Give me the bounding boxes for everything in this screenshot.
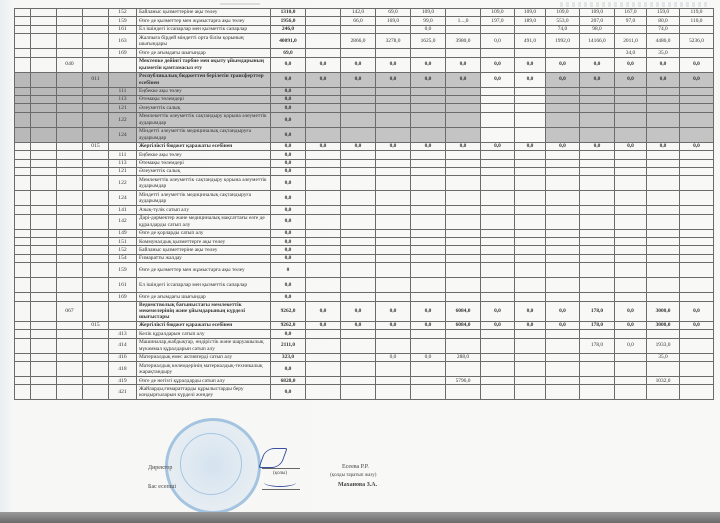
value-cell xyxy=(680,49,714,57)
value-cell xyxy=(515,385,546,400)
code-cell xyxy=(31,95,57,103)
value-cell: 0,0 xyxy=(376,57,411,72)
code-cell xyxy=(15,229,31,237)
value-cell xyxy=(580,254,615,262)
code-cell xyxy=(83,238,109,246)
code-cell xyxy=(31,142,57,150)
value-cell xyxy=(515,353,546,361)
total-cell: 9262,0 xyxy=(271,301,306,321)
code-cell xyxy=(57,9,83,17)
value-cell: 197,0 xyxy=(481,17,515,25)
value-cell: 491,0 xyxy=(515,34,546,49)
code-cell xyxy=(15,167,31,175)
code-cell xyxy=(15,362,31,377)
value-cell xyxy=(376,293,411,301)
value-cell xyxy=(341,330,376,338)
value-cell xyxy=(341,353,376,361)
code-cell: 421 xyxy=(109,385,137,400)
code-cell xyxy=(31,112,57,127)
code-cell xyxy=(57,151,83,159)
value-cell xyxy=(446,254,481,262)
value-cell xyxy=(615,377,647,385)
value-cell: 80,0 xyxy=(647,17,680,25)
code-cell xyxy=(31,377,57,385)
value-cell xyxy=(446,246,481,254)
value-cell xyxy=(411,238,446,246)
value-cell xyxy=(647,104,680,112)
value-cell xyxy=(580,330,615,338)
value-cell xyxy=(376,238,411,246)
value-cell: 0,0 xyxy=(481,142,515,150)
value-cell xyxy=(515,176,546,191)
code-cell xyxy=(57,142,83,150)
value-cell xyxy=(615,167,647,175)
code-cell xyxy=(83,246,109,254)
value-cell: 1992,0 xyxy=(546,34,580,49)
total-cell: 323,0 xyxy=(271,353,306,361)
value-cell xyxy=(306,87,341,95)
value-cell xyxy=(376,206,411,214)
value-cell: 3980,0 xyxy=(446,34,481,49)
value-cell xyxy=(446,263,481,278)
table-row: 151Коммуналдық қызметтерге ақы төлеу0,0 xyxy=(15,238,714,246)
table-row: 414Машиналар,жабдықтар, өндірістік және … xyxy=(15,338,714,353)
value-cell xyxy=(515,246,546,254)
value-cell xyxy=(341,293,376,301)
value-cell xyxy=(376,362,411,377)
value-cell xyxy=(411,127,446,142)
value-cell xyxy=(680,246,714,254)
value-cell xyxy=(580,176,615,191)
total-cell: 0,0 xyxy=(271,293,306,301)
value-cell xyxy=(306,246,341,254)
table-row: 121Әлеуметтік салық0,0 xyxy=(15,167,714,175)
value-cell xyxy=(515,206,546,214)
code-cell xyxy=(83,353,109,361)
value-cell xyxy=(341,49,376,57)
item-name: Жалпыға бірдей міндетті орта білім қорын… xyxy=(137,34,271,49)
value-cell: 178,0 xyxy=(580,321,615,329)
value-cell: 0,0 xyxy=(546,321,580,329)
code-cell xyxy=(57,263,83,278)
code-cell xyxy=(31,263,57,278)
value-cell xyxy=(515,127,546,142)
value-cell xyxy=(546,229,580,237)
value-cell xyxy=(376,25,411,33)
code-cell xyxy=(31,278,57,293)
item-name: Республикалық бюджеттен берілетін трансф… xyxy=(137,72,271,87)
item-name: Міндетті әлеуметтік медициналық сақтанды… xyxy=(137,191,271,206)
value-cell: 207,0 xyxy=(580,17,615,25)
code-cell xyxy=(31,321,57,329)
item-name: Жергілікті бюджет қаражаты есебінен xyxy=(137,321,271,329)
total-cell: 0,0 xyxy=(271,238,306,246)
value-cell xyxy=(446,25,481,33)
value-cell xyxy=(515,25,546,33)
value-cell xyxy=(306,254,341,262)
value-cell xyxy=(341,206,376,214)
code-cell xyxy=(15,25,31,33)
item-name: Жайларды,ғимараттарды құрылыстарды беру … xyxy=(137,385,271,400)
value-cell xyxy=(306,25,341,33)
value-cell xyxy=(647,246,680,254)
code-cell: 418 xyxy=(109,362,137,377)
total-cell: 0,0 xyxy=(271,112,306,127)
item-name: Өзге де негізгі құралдарды сатып алу xyxy=(137,377,271,385)
value-cell xyxy=(647,159,680,167)
total-cell: 0 xyxy=(271,263,306,278)
item-name: Өзге де ағымдағы шығындар xyxy=(137,293,271,301)
table-row: 419Өзге де негізгі құралдарды сатып алу6… xyxy=(15,377,714,385)
code-cell: 161 xyxy=(109,25,137,33)
value-cell xyxy=(615,112,647,127)
item-name: Жергілікті бюджет қаражаты есебінен xyxy=(137,142,271,150)
value-cell: 5796,0 xyxy=(446,377,481,385)
code-cell xyxy=(57,206,83,214)
value-cell: 0,0 xyxy=(580,57,615,72)
value-cell xyxy=(615,330,647,338)
code-cell xyxy=(31,87,57,95)
value-cell xyxy=(515,167,546,175)
value-cell xyxy=(481,293,515,301)
item-name: Дәрі-дәрмектер және медициналық мақсатта… xyxy=(137,214,271,229)
value-cell xyxy=(647,176,680,191)
value-cell: 0,0 xyxy=(376,301,411,321)
code-cell xyxy=(15,34,31,49)
value-cell xyxy=(546,238,580,246)
value-cell xyxy=(481,214,515,229)
value-cell xyxy=(376,151,411,159)
value-cell xyxy=(680,238,714,246)
value-cell xyxy=(481,246,515,254)
value-cell: 0,0 xyxy=(446,72,481,87)
value-cell xyxy=(580,151,615,159)
value-cell xyxy=(306,104,341,112)
code-cell: 142 xyxy=(109,214,137,229)
value-cell xyxy=(411,229,446,237)
value-cell xyxy=(306,176,341,191)
code-cell xyxy=(57,104,83,112)
value-cell xyxy=(615,263,647,278)
value-cell xyxy=(411,167,446,175)
value-cell xyxy=(680,112,714,127)
value-cell xyxy=(481,87,515,95)
value-cell xyxy=(411,362,446,377)
value-cell xyxy=(546,338,580,353)
value-cell: 6084,0 xyxy=(446,301,481,321)
value-cell: 0,0 xyxy=(680,57,714,72)
value-cell xyxy=(647,254,680,262)
value-cell xyxy=(306,293,341,301)
value-cell xyxy=(306,9,341,17)
value-cell xyxy=(647,362,680,377)
code-cell xyxy=(31,25,57,33)
code-cell xyxy=(83,263,109,278)
code-cell xyxy=(83,176,109,191)
value-cell: 142,0 xyxy=(341,9,376,17)
item-name: Ведомстволық бағыныстағы мемлекеттік мек… xyxy=(137,301,271,321)
value-cell xyxy=(341,377,376,385)
value-cell xyxy=(446,338,481,353)
value-cell xyxy=(680,25,714,33)
value-cell xyxy=(481,151,515,159)
value-cell xyxy=(341,159,376,167)
value-cell: 0,0 xyxy=(546,301,580,321)
code-cell xyxy=(15,301,31,321)
value-cell: 159,0 xyxy=(647,9,680,17)
value-cell xyxy=(411,49,446,57)
value-cell xyxy=(481,176,515,191)
value-cell: 0,0 xyxy=(680,142,714,150)
item-name: Коммуналдық қызметтерге ақы төлеу xyxy=(137,238,271,246)
table-row: 163Жалпыға бірдей міндетті орта білім қо… xyxy=(15,34,714,49)
table-row: 154Ғимаратты жалдау0,0 xyxy=(15,254,714,262)
code-cell xyxy=(57,87,83,95)
code-cell xyxy=(57,238,83,246)
value-cell xyxy=(411,214,446,229)
value-cell: 34,0 xyxy=(615,49,647,57)
code-cell: 152 xyxy=(109,246,137,254)
value-cell: 288,0 xyxy=(446,353,481,361)
code-cell xyxy=(83,57,109,72)
value-cell xyxy=(680,254,714,262)
signature-caption: (қолы) xyxy=(273,471,287,476)
value-cell xyxy=(446,104,481,112)
code-cell xyxy=(15,214,31,229)
table-row: 113Өтемақы төлемдері0,0 xyxy=(15,95,714,103)
code-cell: 141 xyxy=(109,206,137,214)
code-cell xyxy=(83,112,109,127)
value-cell xyxy=(680,191,714,206)
code-cell xyxy=(57,229,83,237)
code-cell xyxy=(15,151,31,159)
total-cell: 0,0 xyxy=(271,254,306,262)
code-cell xyxy=(31,191,57,206)
value-cell xyxy=(615,353,647,361)
value-cell xyxy=(481,127,515,142)
value-cell xyxy=(515,263,546,278)
value-cell xyxy=(647,112,680,127)
value-cell xyxy=(615,229,647,237)
value-cell xyxy=(481,229,515,237)
value-cell xyxy=(376,330,411,338)
item-name: Ғимаратты жалдау xyxy=(137,254,271,262)
code-cell: 015 xyxy=(83,142,109,150)
value-cell xyxy=(481,254,515,262)
value-cell xyxy=(546,191,580,206)
value-cell xyxy=(515,338,546,353)
value-cell xyxy=(580,377,615,385)
code-cell xyxy=(83,104,109,112)
value-cell xyxy=(580,353,615,361)
value-cell xyxy=(306,151,341,159)
official-stamp xyxy=(165,418,261,514)
value-cell: 0,0 xyxy=(306,72,341,87)
code-cell xyxy=(15,254,31,262)
value-cell xyxy=(341,229,376,237)
total-cell: 1956,0 xyxy=(271,17,306,25)
code-cell xyxy=(83,385,109,400)
value-cell xyxy=(341,87,376,95)
table-row: 040Мектепке дейінгі тәрбие мен оқыту ұйы… xyxy=(15,57,714,72)
value-cell xyxy=(680,87,714,95)
value-cell xyxy=(647,151,680,159)
value-cell xyxy=(411,151,446,159)
code-cell xyxy=(31,176,57,191)
code-cell xyxy=(57,338,83,353)
code-cell xyxy=(83,87,109,95)
value-cell: 0,0 xyxy=(411,353,446,361)
code-cell xyxy=(15,263,31,278)
value-cell xyxy=(546,214,580,229)
value-cell xyxy=(515,49,546,57)
item-name: Байланыс қызметтеріне ақы төлеу xyxy=(137,9,271,17)
total-cell: 1310,0 xyxy=(271,9,306,17)
total-cell: 0,0 xyxy=(271,278,306,293)
value-cell xyxy=(306,229,341,237)
item-name: Өзге де қорларды сатып алу xyxy=(137,229,271,237)
value-cell xyxy=(376,278,411,293)
value-cell xyxy=(680,95,714,103)
value-cell: 14166,0 xyxy=(580,34,615,49)
value-cell xyxy=(647,278,680,293)
code-cell xyxy=(31,238,57,246)
value-cell xyxy=(411,293,446,301)
value-cell xyxy=(446,385,481,400)
value-cell xyxy=(615,246,647,254)
item-name: Материалдық көлемдерінің материалдық-тех… xyxy=(137,362,271,377)
code-cell xyxy=(57,159,83,167)
code-cell xyxy=(15,338,31,353)
value-cell xyxy=(341,25,376,33)
table-row: 161Ел ішіндегі іссапарлар мен қызметтік … xyxy=(15,278,714,293)
item-name: Өзге де ағымдағы шығындар xyxy=(137,49,271,57)
value-cell xyxy=(580,191,615,206)
code-cell xyxy=(31,229,57,237)
code-cell: 419 xyxy=(109,377,137,385)
code-cell xyxy=(15,87,31,95)
code-cell xyxy=(15,142,31,150)
value-cell xyxy=(515,214,546,229)
code-cell xyxy=(83,127,109,142)
total-cell: 0,0 xyxy=(271,72,306,87)
value-cell: 0,0 xyxy=(411,25,446,33)
code-cell xyxy=(15,17,31,25)
value-cell xyxy=(446,206,481,214)
value-cell xyxy=(580,362,615,377)
scanned-page: 152Байланыс қызметтеріне ақы төлеу1310,0… xyxy=(0,0,720,523)
value-cell xyxy=(341,278,376,293)
value-cell xyxy=(546,385,580,400)
value-cell: 97,0 xyxy=(615,17,647,25)
value-cell: 0,0 xyxy=(580,72,615,87)
value-cell xyxy=(580,104,615,112)
item-name: Байланыс қызметтеріне ақы төлеу xyxy=(137,246,271,254)
item-name: Ел ішіндегі іссапарлар мен қызметтік сап… xyxy=(137,25,271,33)
value-cell xyxy=(306,159,341,167)
value-cell xyxy=(341,176,376,191)
value-cell: 0,0 xyxy=(615,321,647,329)
value-cell xyxy=(446,49,481,57)
code-cell xyxy=(83,362,109,377)
value-cell xyxy=(376,246,411,254)
value-cell xyxy=(515,278,546,293)
code-cell xyxy=(15,112,31,127)
item-name: Еңбекке ақы төлеу xyxy=(137,87,271,95)
value-cell: 1...,0 xyxy=(446,17,481,25)
value-cell xyxy=(615,362,647,377)
value-cell xyxy=(341,238,376,246)
table-row: 111Еңбекке ақы төлеу0,0 xyxy=(15,87,714,95)
value-cell xyxy=(580,293,615,301)
value-cell xyxy=(680,167,714,175)
table-row: 015Жергілікті бюджет қаражаты есебінен92… xyxy=(15,321,714,329)
value-cell: 0,0 xyxy=(615,301,647,321)
value-cell xyxy=(481,330,515,338)
value-cell: 3000,0 xyxy=(647,301,680,321)
code-cell: 154 xyxy=(109,254,137,262)
value-cell xyxy=(647,229,680,237)
table-row: 067Ведомстволық бағыныстағы мемлекеттік … xyxy=(15,301,714,321)
code-cell xyxy=(57,167,83,175)
item-name: Өтемақы төлемдері xyxy=(137,95,271,103)
code-cell xyxy=(15,49,31,57)
value-cell xyxy=(580,385,615,400)
value-cell xyxy=(481,238,515,246)
code-cell xyxy=(57,214,83,229)
value-cell xyxy=(680,293,714,301)
code-cell xyxy=(15,95,31,103)
value-cell: 0,0 xyxy=(615,72,647,87)
item-name: Өзге де қызметтер мен жұмыстарға ақы төл… xyxy=(137,17,271,25)
value-cell xyxy=(341,112,376,127)
value-cell: 69,0 xyxy=(376,9,411,17)
value-cell xyxy=(376,214,411,229)
total-cell: 0,0 xyxy=(271,330,306,338)
value-cell: 109,0 xyxy=(515,9,546,17)
code-cell xyxy=(57,254,83,262)
item-name: Мектепке дейінгі тәрбие мен оқыту ұйымда… xyxy=(137,57,271,72)
value-cell xyxy=(446,151,481,159)
value-cell: 5236,0 xyxy=(680,34,714,49)
code-cell xyxy=(83,293,109,301)
value-cell xyxy=(341,385,376,400)
code-cell xyxy=(15,104,31,112)
code-cell xyxy=(83,17,109,25)
value-cell xyxy=(515,104,546,112)
code-cell xyxy=(31,385,57,400)
value-cell xyxy=(446,176,481,191)
value-cell xyxy=(411,338,446,353)
value-cell: 0,0 xyxy=(411,57,446,72)
value-cell xyxy=(615,293,647,301)
value-cell xyxy=(411,104,446,112)
value-cell xyxy=(446,87,481,95)
value-cell xyxy=(515,112,546,127)
value-cell: 0,0 xyxy=(515,301,546,321)
total-cell: 0,0 xyxy=(271,127,306,142)
code-cell: 111 xyxy=(109,87,137,95)
value-cell: 0,0 xyxy=(647,142,680,150)
code-cell xyxy=(31,301,57,321)
value-cell xyxy=(680,330,714,338)
value-cell: 189,0 xyxy=(515,17,546,25)
value-cell xyxy=(615,151,647,159)
total-cell: 0,0 xyxy=(271,104,306,112)
code-cell: 159 xyxy=(109,263,137,278)
code-cell: 121 xyxy=(109,167,137,175)
value-cell xyxy=(376,127,411,142)
